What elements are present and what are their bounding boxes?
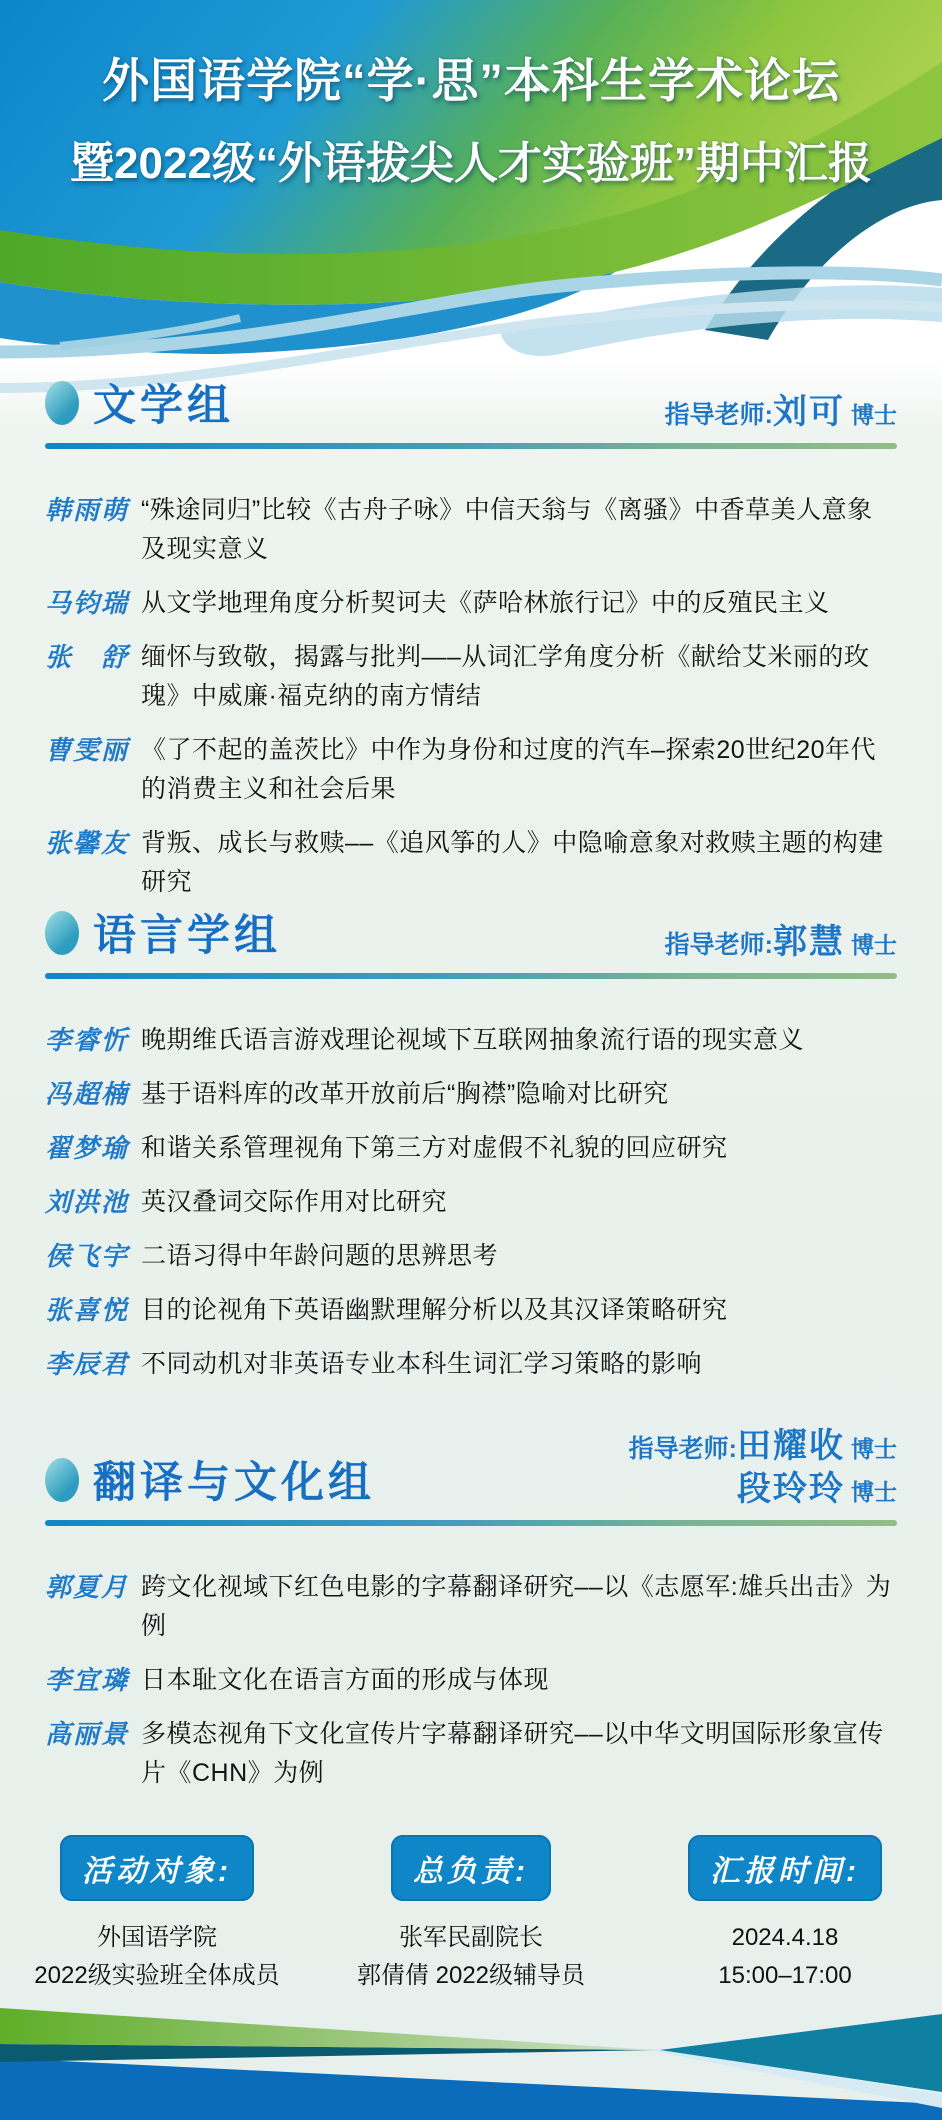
thesis-title: 和谐关系管理视角下第三方对虚假不礼貌的回应研究 [141,1129,728,1168]
entry-list: 韩雨萌 “殊途同归”比较《古舟子咏》中信天翁与《离骚》中香草美人意象及现实意义 … [45,491,897,902]
section-divider [45,973,897,979]
entry-row: 翟梦瑜 和谐关系管理视角下第三方对虚假不礼貌的回应研究 [45,1129,897,1168]
thesis-title: 英汉叠词交际作用对比研究 [141,1183,447,1222]
entry-row: 张馨友 背叛、成长与救赎––《追风筝的人》中隐喻意象对救赎主题的构建研究 [45,824,897,902]
section-header: 翻译与文化组 指导老师:田耀收博士 段玲玲博士 [45,1425,897,1510]
student-name: 冯超楠 [45,1075,141,1114]
thesis-title: 基于语料库的改革开放前后“胸襟”隐喻对比研究 [141,1075,669,1114]
advisor-info: 指导老师:田耀收博士 段玲玲博士 [629,1425,897,1510]
entry-list: 郭夏月 跨文化视域下红色电影的字幕翻译研究––以《志愿军:雄兵出击》为例 李宜璘… [45,1568,897,1793]
section-translation-culture: 翻译与文化组 指导老师:田耀收博士 段玲玲博士 郭夏月 跨文化视域下红色电影的字… [45,1425,897,1808]
student-name: 李宜璘 [45,1661,141,1700]
page-title-line2: 暨2022级“外语拔尖人才实验班”期中汇报 [0,127,942,191]
thesis-title: 多模态视角下文化宣传片字幕翻译研究––以中华文明国际形象宣传片《CHN》为例 [141,1715,897,1793]
entry-row: 曹雯丽 《了不起的盖茨比》中作为身份和过度的汽车–探索20世纪20年代的消费主义… [45,731,897,809]
entry-row: 张喜悦 目的论视角下英语幽默理解分析以及其汉译策略研究 [45,1291,897,1330]
advisor-info: 指导老师:郭慧博士 [665,921,897,964]
section-linguistics: 语言学组 指导老师:郭慧博士 李睿忻 晚期维氏语言游戏理论视域下互联网抽象流行语… [45,902,897,1399]
thesis-title: 日本耻文化在语言方面的形成与体现 [141,1661,549,1700]
student-name: 韩雨萌 [45,491,141,569]
thesis-title: 从文学地理角度分析契诃夫《萨哈林旅行记》中的反殖民主义 [141,584,830,623]
entry-list: 李睿忻 晚期维氏语言游戏理论视域下互联网抽象流行语的现实意义 冯超楠 基于语料库… [45,1021,897,1384]
page-title-line1: 外国语学院“学·思”本科生学术论坛 [0,44,942,111]
footer-wave-graphic [0,2000,942,2120]
entry-row: 郭夏月 跨文化视域下红色电影的字幕翻译研究––以《志愿军:雄兵出击》为例 [45,1568,897,1646]
info-row: 活动对象: 外国语学院 2022级实验班全体成员 总负责: 张军民副院长 郭倩倩… [0,1835,942,1995]
lead-line1: 张军民副院长 [314,1919,628,1957]
section-divider [45,1520,897,1526]
info-col-lead: 总负责: 张军民副院长 郭倩倩 2022级辅导员 [314,1835,628,1995]
entry-row: 韩雨萌 “殊途同归”比较《古舟子咏》中信天翁与《离骚》中香草美人意象及现实意义 [45,491,897,569]
info-col-time: 汇报时间: 2024.4.18 15:00–17:00 [628,1835,942,1995]
section-literature: 文学组 指导老师:刘可博士 韩雨萌 “殊途同归”比较《古舟子咏》中信天翁与《离骚… [45,372,897,917]
student-name: 翟梦瑜 [45,1129,141,1168]
thesis-title: 目的论视角下英语幽默理解分析以及其汉译策略研究 [141,1291,728,1330]
entry-row: 刘洪池 英汉叠词交际作用对比研究 [45,1183,897,1222]
student-name: 马钧瑞 [45,584,141,623]
lead-line2: 郭倩倩 2022级辅导员 [314,1957,628,1995]
entry-row: 张 舒 缅怀与致敬，揭露与批判—–从词汇学角度分析《献给艾米丽的玫瑰》中威廉·福… [45,638,897,716]
advisor-info: 指导老师:刘可博士 [665,391,897,434]
section-bullet-icon [45,911,79,955]
section-bullet-icon [45,381,79,425]
lead-badge: 总负责: [391,1835,551,1901]
poster: 外国语学院“学·思”本科生学术论坛 暨2022级“外语拔尖人才实验班”期中汇报 … [0,0,942,2120]
thesis-title: 晚期维氏语言游戏理论视域下互联网抽象流行语的现实意义 [141,1021,804,1060]
section-divider [45,443,897,449]
thesis-title: 二语习得中年龄问题的思辨思考 [141,1237,498,1276]
student-name: 侯飞宇 [45,1237,141,1276]
time-line1: 2024.4.18 [628,1919,942,1957]
student-name: 高丽景 [45,1715,141,1793]
entry-row: 李睿忻 晚期维氏语言游戏理论视域下互联网抽象流行语的现实意义 [45,1021,897,1060]
thesis-title: 背叛、成长与救赎––《追风筝的人》中隐喻意象对救赎主题的构建研究 [141,824,897,902]
section-title: 语言学组 [93,902,281,963]
entry-row: 侯飞宇 二语习得中年龄问题的思辨思考 [45,1237,897,1276]
section-title: 文学组 [93,372,234,433]
thesis-title: 不同动机对非英语专业本科生词汇学习策略的影响 [141,1345,702,1384]
audience-line2: 2022级实验班全体成员 [0,1957,314,1995]
student-name: 刘洪池 [45,1183,141,1222]
audience-badge: 活动对象: [60,1835,254,1901]
time-badge: 汇报时间: [688,1835,882,1901]
time-line2: 15:00–17:00 [628,1957,942,1995]
audience-line1: 外国语学院 [0,1919,314,1957]
student-name: 李睿忻 [45,1021,141,1060]
student-name: 张喜悦 [45,1291,141,1330]
section-header: 文学组 指导老师:刘可博士 [45,372,897,433]
student-name: 张 舒 [45,638,141,716]
thesis-title: 《了不起的盖茨比》中作为身份和过度的汽车–探索20世纪20年代的消费主义和社会后… [141,731,897,809]
student-name: 郭夏月 [45,1568,141,1646]
thesis-title: “殊途同归”比较《古舟子咏》中信天翁与《离骚》中香草美人意象及现实意义 [141,491,897,569]
entry-row: 李辰君 不同动机对非英语专业本科生词汇学习策略的影响 [45,1345,897,1384]
section-bullet-icon [45,1458,79,1502]
entry-row: 冯超楠 基于语料库的改革开放前后“胸襟”隐喻对比研究 [45,1075,897,1114]
entry-row: 李宜璘 日本耻文化在语言方面的形成与体现 [45,1661,897,1700]
header: 外国语学院“学·思”本科生学术论坛 暨2022级“外语拔尖人才实验班”期中汇报 [0,44,942,191]
thesis-title: 缅怀与致敬，揭露与批判—–从词汇学角度分析《献给艾米丽的玫瑰》中威廉·福克纳的南… [141,638,897,716]
entry-row: 高丽景 多模态视角下文化宣传片字幕翻译研究––以中华文明国际形象宣传片《CHN》… [45,1715,897,1793]
section-header: 语言学组 指导老师:郭慧博士 [45,902,897,963]
thesis-title: 跨文化视域下红色电影的字幕翻译研究––以《志愿军:雄兵出击》为例 [141,1568,897,1646]
entry-row: 马钧瑞 从文学地理角度分析契诃夫《萨哈林旅行记》中的反殖民主义 [45,584,897,623]
info-col-audience: 活动对象: 外国语学院 2022级实验班全体成员 [0,1835,314,1995]
section-title: 翻译与文化组 [93,1449,375,1510]
student-name: 张馨友 [45,824,141,902]
student-name: 李辰君 [45,1345,141,1384]
student-name: 曹雯丽 [45,731,141,809]
